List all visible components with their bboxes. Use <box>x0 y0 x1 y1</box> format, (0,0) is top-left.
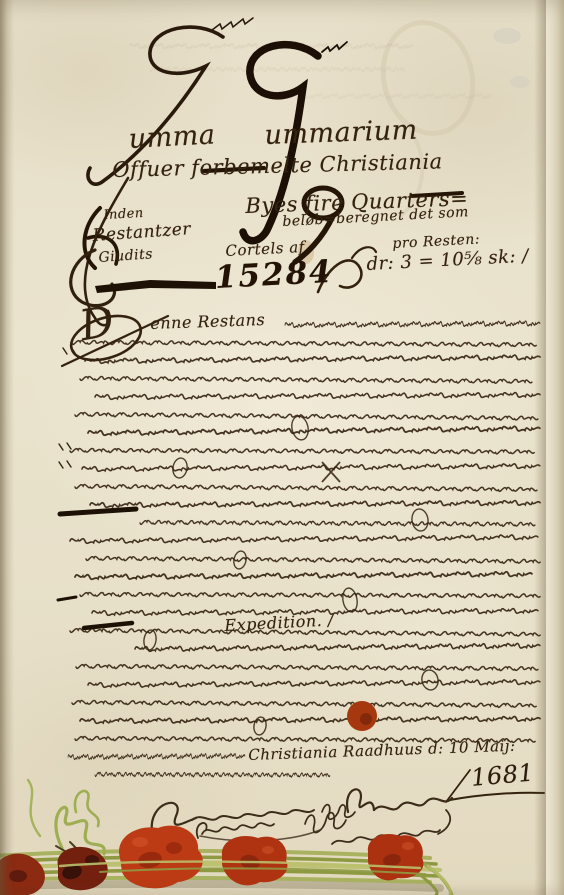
margin-marks <box>58 347 136 628</box>
sum-amount: 15284 <box>214 254 334 296</box>
sum-dash <box>95 280 216 293</box>
year-1681: 1681 <box>470 759 535 792</box>
header-line3-lead: Inden <box>103 206 144 223</box>
title-word-summa: umma <box>128 119 216 154</box>
title-word-summarium: ummarium <box>264 115 418 151</box>
body-opening-words: enne Restans <box>150 310 265 333</box>
manuscript-page: umma ummarium Offuer forbemelte Christia… <box>0 0 564 895</box>
thread-tangle <box>28 780 104 854</box>
signature-right-upper <box>347 789 452 812</box>
wax-dot-seal <box>347 701 377 731</box>
body-scribbles <box>68 321 540 777</box>
